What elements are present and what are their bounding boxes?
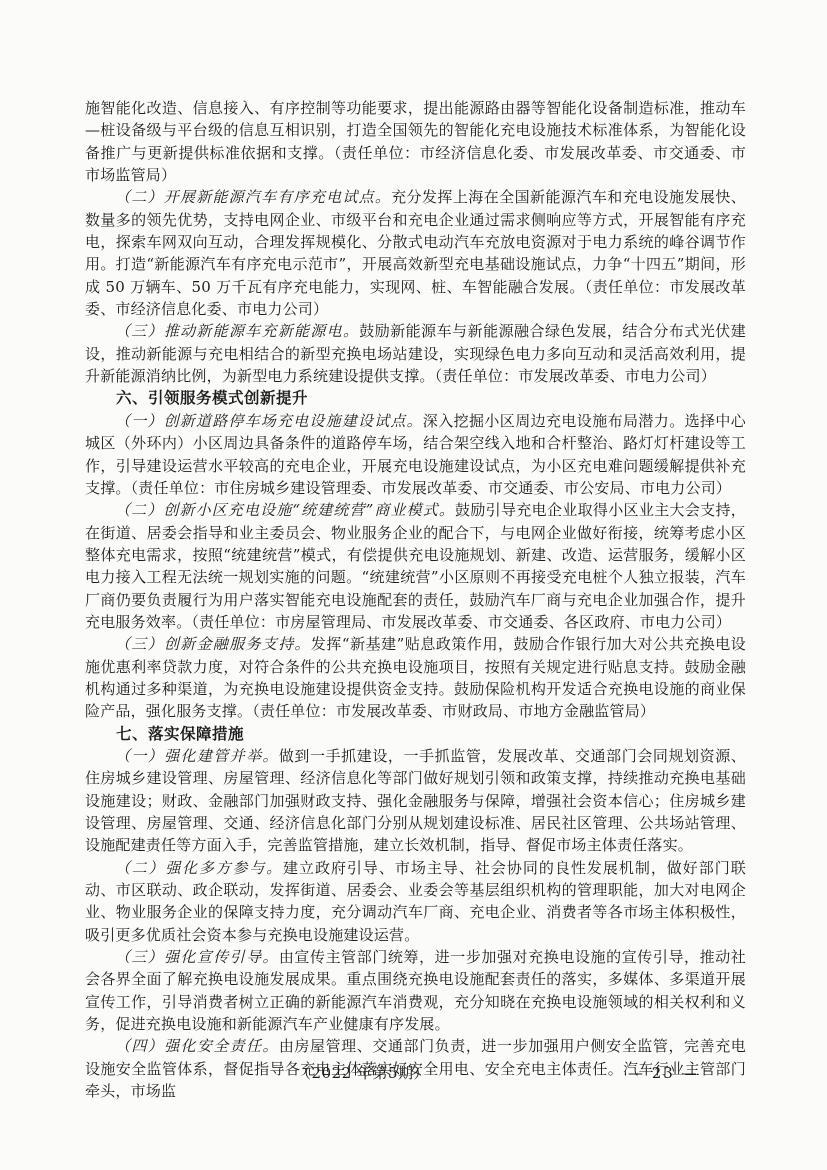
paragraph: （二）强化多方参与。建立政府引导、市场主导、社会协同的良性发展机制，做好部门联动… — [85, 857, 746, 946]
section-heading: 六、引领服务模式创新提升 — [85, 387, 746, 409]
paragraph: （三）创新金融服务支持。发挥“新基建”贴息政策作用，鼓励合作银行加大对公共充换电… — [85, 633, 746, 722]
paragraph: （三）强化宣传引导。由宣传主管部门统筹，进一步加强对充换电设施的宣传引导，推动社… — [85, 946, 746, 1035]
document-body: 施智能化改造、信息接入、有序控制等功能要求，提出能源路由器等智能化设备制造标准，… — [85, 97, 746, 1102]
paragraph-lead: （二）创新小区充电设施“统建统营”商业模式。 — [115, 501, 455, 519]
footer-page-number: — 23 — — [628, 1062, 746, 1084]
paragraph: （三）推动新能源车充新能源电。鼓励新能源车与新能源融合绿色发展，结合分布式光伏建… — [85, 320, 746, 387]
paragraph-lead: （三）强化宣传引导。 — [115, 948, 279, 966]
paragraph-continuation: 施智能化改造、信息接入、有序控制等功能要求，提出能源路由器等智能化设备制造标准，… — [85, 97, 746, 186]
paragraph-lead: （二）开展新能源汽车有序充电试点。 — [115, 188, 391, 206]
paragraph-lead: （二）强化多方参与。 — [115, 859, 283, 877]
paragraph-lead: （三）推动新能源车充新能源电。 — [115, 322, 359, 340]
footer-issue-label: （2022 年第5期） — [296, 1062, 429, 1084]
paragraph: （二）开展新能源汽车有序充电试点。充分发挥上海在全国新能源汽车和充电设施发展快、… — [85, 186, 746, 320]
paragraph-lead: （一）强化建管并举。 — [115, 747, 279, 765]
document-page: 施智能化改造、信息接入、有序控制等功能要求，提出能源路由器等智能化设备制造标准，… — [0, 0, 827, 1170]
paragraph-lead: （四）强化安全责任。 — [115, 1037, 279, 1055]
paragraph: （二）创新小区充电设施“统建统营”商业模式。鼓励引导充电企业取得小区业主大会支持… — [85, 499, 746, 633]
paragraph: （一）创新道路停车场充电设施建设试点。深入挖掘小区周边充电设施布局潜力。选择中心… — [85, 410, 746, 499]
paragraph-lead: （一）创新道路停车场充电设施建设试点。 — [115, 412, 423, 430]
section-heading: 七、落实保障措施 — [85, 723, 746, 745]
paragraph: （一）强化建管并举。做到一手抓建设，一手抓监管，发展改革、交通部门会同规划资源、… — [85, 745, 746, 857]
paragraph-lead: （三）创新金融服务支持。 — [115, 635, 311, 653]
